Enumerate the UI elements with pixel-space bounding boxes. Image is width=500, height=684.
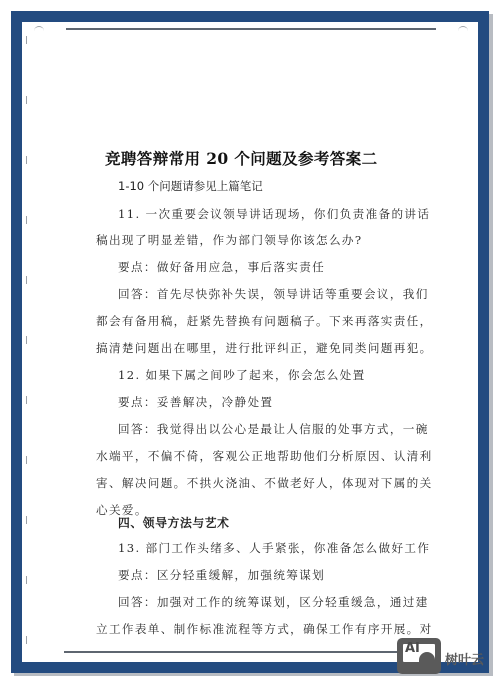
question-line: 12. 如果下属之间吵了起来，你会怎么处置 [118,367,366,383]
document-subtitle: 1-10 个问题请参见上篇笔记 [118,178,263,194]
key-point-line: 要点：做好备用应急，事后落实责任 [118,259,325,275]
key-point-line: 要点：区分轻重缓解，加强统筹谋划 [118,567,325,583]
answer-line: 回答：我觉得出以公心是最让人信服的处事方式，一碗 [118,421,429,437]
watermark-brand: 树叶云 [445,649,484,668]
question-line: 13. 部门工作头绪多、人手紧张，你准备怎么做好工作 [118,540,430,556]
answer-line: 回答：首先尽快弥补失误，领导讲话等重要会议，我们 [118,286,429,302]
watermark: AI 树叶云 [397,638,497,674]
mountain-icon [419,652,435,664]
bottom-rule [64,651,404,653]
ai-logo-text: AI [405,642,420,656]
corner-ornament-top-right [458,26,468,31]
section-heading: 四、领导方法与艺术 [118,514,230,531]
ai-logo-icon: AI [397,638,441,674]
answer-line: 回答：加强对工作的统筹谋划，区分轻重缓急，通过建 [118,594,429,610]
corner-ornament-top-left [34,26,44,31]
answer-line: 水端平，不偏不倚，客观公正地帮助他们分析原因、认清利 [96,448,433,464]
answer-line: 都会有备用稿，赶紧先替换有问题稿子。下来再落实责任， [96,313,433,329]
document-title: 竞聘答辩常用 20 个问题及参考答案二 [105,147,415,169]
paragraph-line: 11. 一次重要会议领导讲话现场，你们负责准备的讲话 [118,206,430,222]
answer-line: 害、解决问题。不拱火浇油、不做老好人，体现对下属的关 [96,475,433,491]
answer-line: 立工作表单、制作标准流程等方式，确保工作有序开展。对 [96,621,433,637]
answer-line: 搞清楚问题出在哪里，进行批评纠正，避免同类问题再犯。 [96,340,433,356]
key-point-line: 要点：妥善解决，冷静处置 [118,394,273,410]
paragraph-line: 稿出现了明显差错，作为部门领导你该怎么办? [96,232,362,248]
top-rule [66,28,436,30]
left-dashed-rule [26,36,27,646]
